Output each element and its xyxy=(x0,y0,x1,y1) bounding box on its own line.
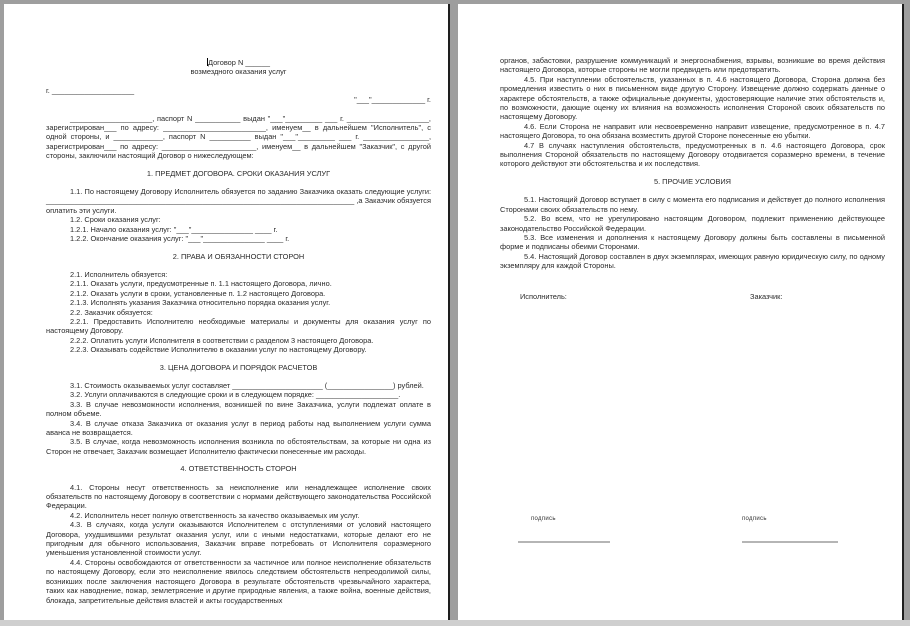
clause-paragraph: 5.2. Во всем, что не урегулировано насто… xyxy=(500,214,885,233)
clause-paragraph: 1.1. По настоящему Договору Исполнитель … xyxy=(46,187,431,215)
document-page-2: органов, забастовки, разрушение коммуник… xyxy=(458,4,904,620)
page-2-items: 4.5. При наступлении обстоятельств, указ… xyxy=(500,75,885,169)
clause-paragraph: 5.1. Настоящий Договор вступает в силу с… xyxy=(500,195,885,214)
clause-paragraph: 2.1.1. Оказать услуги, предусмотренные п… xyxy=(46,279,431,288)
clause-paragraph: 3.4. В случае отказа Заказчика от оказан… xyxy=(46,419,431,438)
clause-paragraph: 2.2.3. Оказывать содействие Исполнителю … xyxy=(46,345,431,354)
customer-signature-line[interactable] xyxy=(742,541,838,543)
clause-paragraph: 3.2. Услуги оплачиваются в следующие сро… xyxy=(46,390,431,399)
clause-paragraph: 1.2.2. Окончание оказания услуг: "___"__… xyxy=(46,234,431,243)
clause-paragraph: 3.5. В случае, когда невозможность испол… xyxy=(46,437,431,456)
contract-title: Договор N ______ xyxy=(46,58,431,67)
section-heading: 5. ПРОЧИЕ УСЛОВИЯ xyxy=(500,177,885,186)
clause-paragraph: 2.2.2. Оплатить услуги Исполнителя в соо… xyxy=(46,336,431,345)
clause-paragraph: 4.6. Если Сторона не направит или несвое… xyxy=(500,122,885,141)
section-heading: 4. ОТВЕТСТВЕННОСТЬ СТОРОН xyxy=(46,464,431,473)
clause-paragraph: 4.3. В случаях, когда услуги оказываются… xyxy=(46,520,431,558)
executor-signature-line[interactable] xyxy=(518,541,610,543)
section-heading: 1. ПРЕДМЕТ ДОГОВОРА. СРОКИ ОКАЗАНИЯ УСЛУ… xyxy=(46,169,431,178)
executor-signature-caption: подпись xyxy=(531,516,556,522)
clause-paragraph: 2.1.2. Оказать услуги в сроки, установле… xyxy=(46,289,431,298)
clause-paragraph: 4.7 В случаях наступления обстоятельств,… xyxy=(500,141,885,169)
clause-paragraph: 4.5. При наступлении обстоятельств, указ… xyxy=(500,75,885,122)
customer-signature-caption: подпись xyxy=(742,516,767,522)
clause-paragraph: 5.4. Настоящий Договор составлен в двух … xyxy=(500,252,885,271)
clause-paragraph: 2.1. Исполнитель обязуется: xyxy=(46,270,431,279)
page-2-content: органов, забастовки, разрушение коммуник… xyxy=(500,56,885,271)
section-heading: 3. ЦЕНА ДОГОВОРА И ПОРЯДОК РАСЧЕТОВ xyxy=(46,363,431,372)
clause-paragraph: 4.1. Стороны несут ответственность за не… xyxy=(46,483,431,511)
contract-subtitle: возмездного оказания услуг xyxy=(46,67,431,76)
clause-paragraph: 2.2.1. Предоставить Исполнителю необходи… xyxy=(46,317,431,336)
clause-paragraph: 3.1. Стоимость оказываемых услуг составл… xyxy=(46,381,431,390)
executor-label: Исполнитель: xyxy=(520,292,567,301)
clause-paragraph: 5.3. Все изменения и дополнения к настоя… xyxy=(500,233,885,252)
page-1-content: Договор N ______ возмездного оказания ус… xyxy=(46,58,431,605)
contract-preamble: ____________________, паспорт N ________… xyxy=(46,114,431,161)
customer-label: Заказчик: xyxy=(750,292,782,301)
horizontal-scrollbar-area[interactable] xyxy=(0,620,910,626)
continuation-paragraph: органов, забастовки, разрушение коммуник… xyxy=(500,56,885,75)
clause-paragraph: 1.2.1. Начало оказания услуг: "___"_____… xyxy=(46,225,431,234)
section-heading: 2. ПРАВА И ОБЯЗАННОСТИ СТОРОН xyxy=(46,252,431,261)
clause-paragraph: 4.4. Стороны освобождаются от ответствен… xyxy=(46,558,431,605)
document-page-1: Договор N ______ возмездного оказания ус… xyxy=(4,4,450,620)
clause-paragraph: 4.2. Исполнитель несет полную ответствен… xyxy=(46,511,431,520)
clause-paragraph: 2.2. Заказчик обязуется: xyxy=(46,308,431,317)
contract-city: г. ____________________ xyxy=(46,86,431,95)
clause-paragraph: 2.1.3. Исполнять указания Заказчика отно… xyxy=(46,298,431,307)
sections-container: 1. ПРЕДМЕТ ДОГОВОРА. СРОКИ ОКАЗАНИЯ УСЛУ… xyxy=(46,169,431,605)
contract-date: "___"_____________ г. xyxy=(46,95,431,104)
section-5-items: 5.1. Настоящий Договор вступает в силу с… xyxy=(500,195,885,270)
clause-paragraph: 1.2. Сроки оказания услуг: xyxy=(46,215,431,224)
clause-paragraph: 3.3. В случае невозможности исполнения, … xyxy=(46,400,431,419)
